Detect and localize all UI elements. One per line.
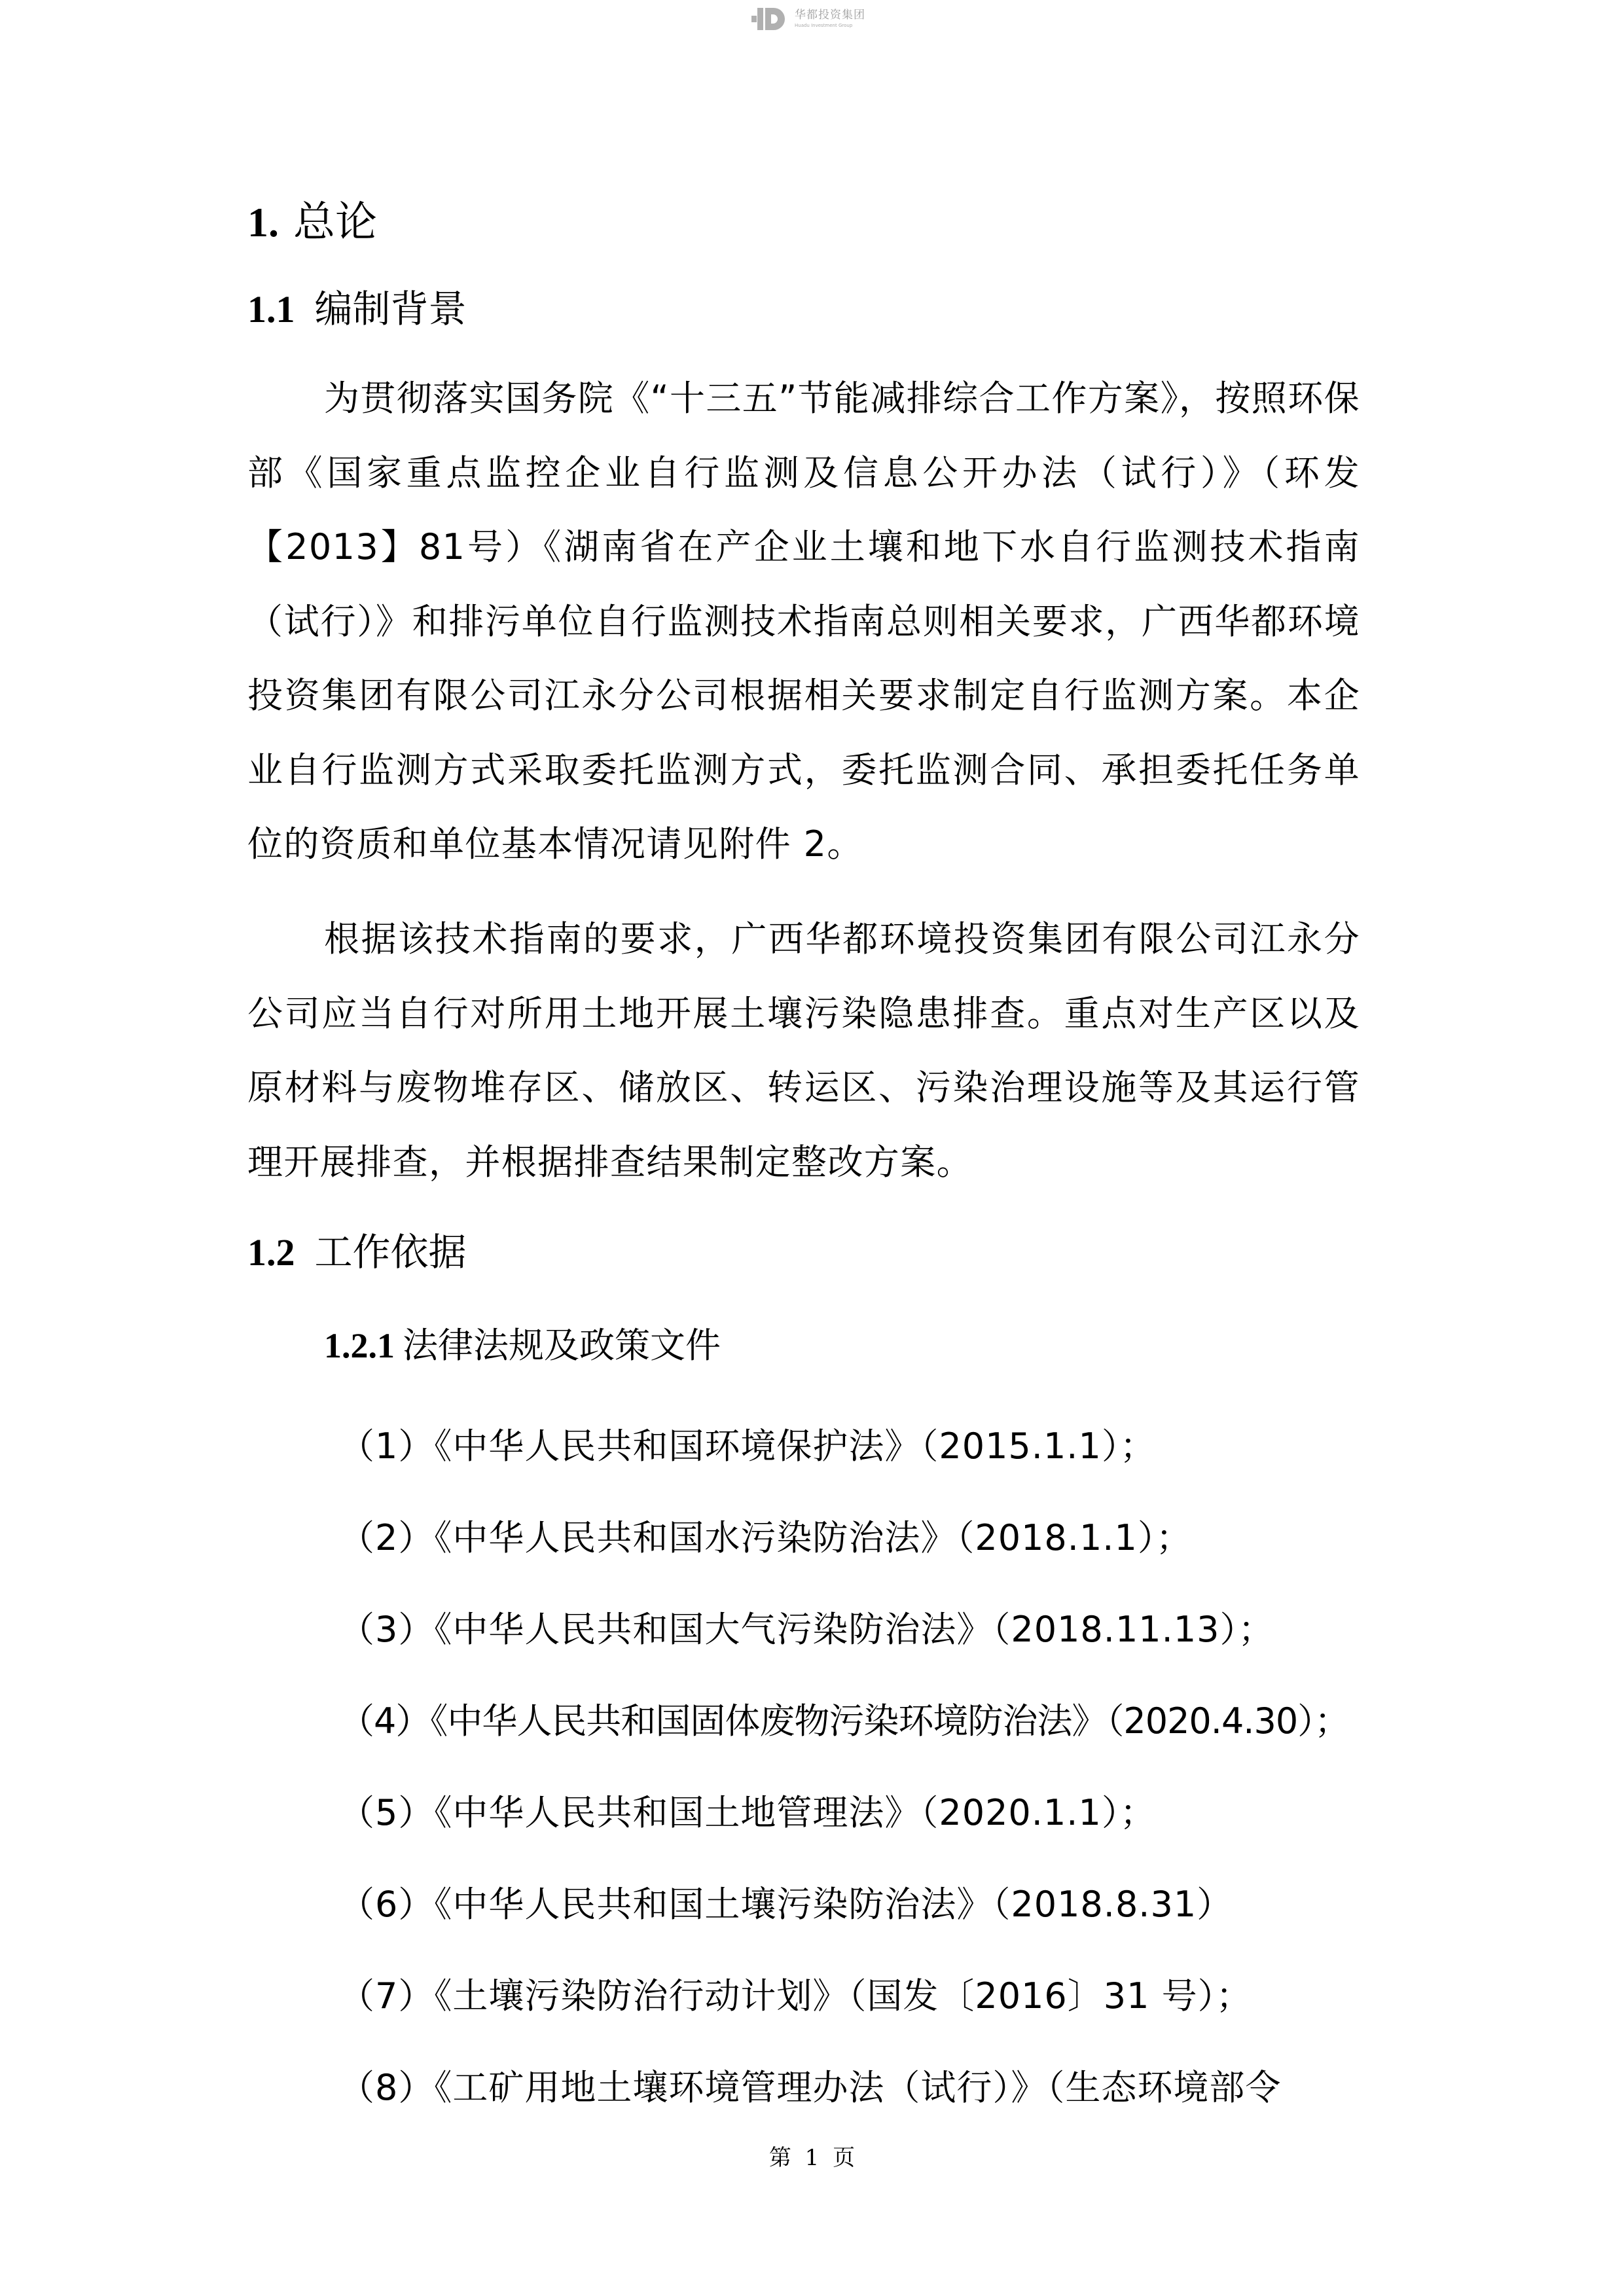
logo-company-name-en: Huadu Investment Group: [795, 24, 865, 28]
heading-title: 编制背景: [315, 287, 467, 331]
page-number-footer: 第 1 页: [0, 2142, 1624, 2174]
heading-number: 1.1: [247, 288, 295, 331]
paragraph-background-2: 根据该技术指南的要求，广西华都环境投资集团有限公司江永分公司应当自行对所用土地开…: [247, 902, 1360, 1199]
paragraph-background-1: 为贯彻落实国务院《“十三五”节能减排综合工作方案》，按照环保部《国家重点监控企业…: [247, 361, 1360, 882]
logo-company-name-cn: 华都投资集团: [795, 10, 865, 21]
list-item-law-5: （5）《中华人民共和国土地管理法》（2020.1.1）；: [339, 1767, 1349, 1859]
heading-number: 1.2.1: [324, 1326, 395, 1365]
list-item-law-1: （1）《中华人民共和国环境保护法》（2015.1.1）；: [339, 1401, 1349, 1492]
heading-2-background: 1.1编制背景: [247, 285, 467, 333]
list-item-law-3: （3）《中华人民共和国大气污染防治法》（2018.11.13）；: [339, 1584, 1349, 1676]
header-logo: 华都投资集团 Huadu Investment Group: [751, 7, 865, 31]
list-item-law-4: （4）《中华人民共和国固体废物污染环境防治法》（2020.4.30）；: [339, 1676, 1349, 1767]
heading-title: 工作依据: [315, 1230, 467, 1274]
laws-list: （1）《中华人民共和国环境保护法》（2015.1.1）； （2）《中华人民共和国…: [339, 1401, 1349, 2134]
huadu-logo-icon: [751, 8, 785, 30]
heading-number: 1.2: [247, 1231, 295, 1274]
logo-text: 华都投资集团 Huadu Investment Group: [795, 10, 865, 28]
heading-title: 总论: [293, 198, 377, 247]
heading-1-overview: 1.总论: [247, 196, 377, 249]
heading-2-work-basis: 1.2工作依据: [247, 1229, 467, 1276]
document-page: 华都投资集团 Huadu Investment Group 1.总论 1.1编制…: [0, 0, 1624, 2296]
heading-title: 法律法规及政策文件: [403, 1325, 721, 1366]
list-item-law-7: （7）《土壤污染防治行动计划》（国发〔2016〕31 号）；: [339, 1950, 1349, 2042]
list-item-law-2: （2）《中华人民共和国水污染防治法》（2018.1.1）；: [339, 1492, 1349, 1584]
heading-3-laws-regulations: 1.2.1法律法规及政策文件: [324, 1323, 721, 1368]
heading-number: 1.: [247, 199, 279, 245]
list-item-law-8: （8）《工矿用地土壤环境管理办法（试行）》（生态环境部令: [339, 2042, 1349, 2134]
list-item-law-6: （6）《中华人民共和国土壤污染防治法》（2018.8.31）: [339, 1859, 1349, 1950]
